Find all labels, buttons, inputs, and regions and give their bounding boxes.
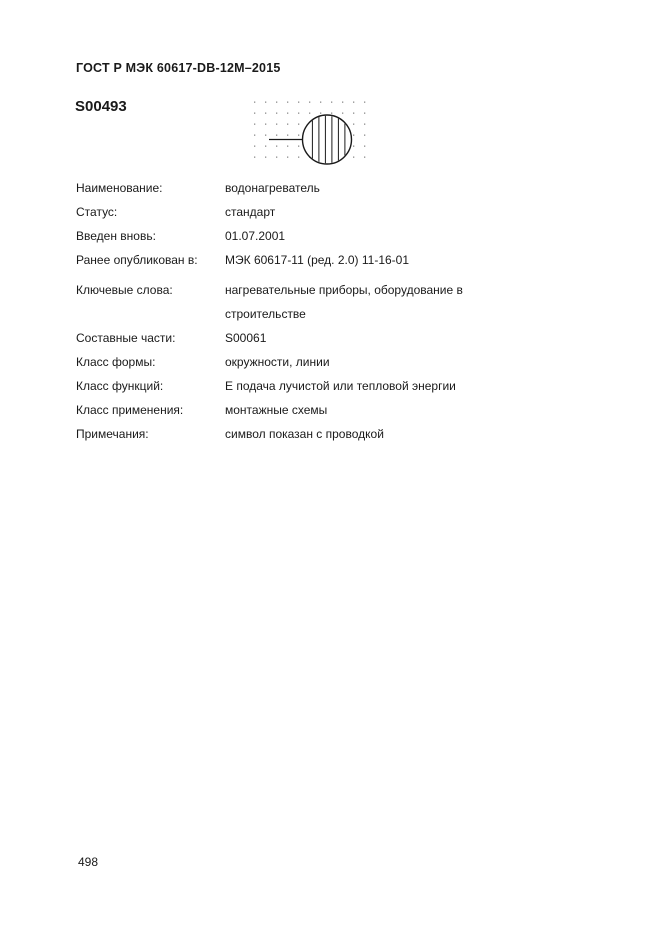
field-row: Ранее опубликован в:МЭК 60617-11 (ред. 2… [76, 248, 546, 272]
field-row: Примечания:символ показан с проводкой [76, 422, 546, 446]
document-title: ГОСТ Р МЭК 60617-DB-12M–2015 [76, 61, 281, 75]
document-page: ГОСТ Р МЭК 60617-DB-12M–2015 S00493 Наим… [0, 0, 661, 936]
field-value: 01.07.2001 [225, 224, 285, 248]
field-row: Класс функций:Е подача лучистой или тепл… [76, 374, 546, 398]
field-value: монтажные схемы [225, 398, 327, 422]
field-label: Ранее опубликован в: [76, 248, 225, 272]
field-row: Составные части:S00061 [76, 326, 546, 350]
field-row: Наименование:водонагреватель [76, 176, 546, 200]
field-row: Класс применения:монтажные схемы [76, 398, 546, 422]
field-label: Ключевые слова: [76, 278, 225, 302]
fields-table: Наименование:водонагревательСтатус:станд… [76, 176, 546, 446]
field-label: Примечания: [76, 422, 225, 446]
field-row: Ключевые слова:нагревательные приборы, о… [76, 278, 546, 326]
field-label: Статус: [76, 200, 225, 224]
field-label: Введен вновь: [76, 224, 225, 248]
field-value: окружности, линии [225, 350, 330, 374]
field-label: Класс формы: [76, 350, 225, 374]
field-value: S00061 [225, 326, 266, 350]
field-value: стандарт [225, 200, 275, 224]
field-value: символ показан с проводкой [225, 422, 384, 446]
field-label: Класс применения: [76, 398, 225, 422]
field-value: МЭК 60617-11 (ред. 2.0) 11-16-01 [225, 248, 409, 272]
field-row: Класс формы:окружности, линии [76, 350, 546, 374]
field-label: Класс функций: [76, 374, 225, 398]
field-row: Статус:стандарт [76, 200, 546, 224]
field-value: нагревательные приборы, оборудование в с… [225, 278, 515, 326]
field-label: Составные части: [76, 326, 225, 350]
field-row: Введен вновь:01.07.2001 [76, 224, 546, 248]
water-heater-symbol-icon [248, 94, 378, 168]
field-value: водонагреватель [225, 176, 320, 200]
symbol-id: S00493 [75, 98, 127, 115]
field-label: Наименование: [76, 176, 225, 200]
field-value: Е подача лучистой или тепловой энергии [225, 374, 456, 398]
page-number: 498 [78, 855, 98, 869]
symbol-circle [303, 115, 352, 164]
